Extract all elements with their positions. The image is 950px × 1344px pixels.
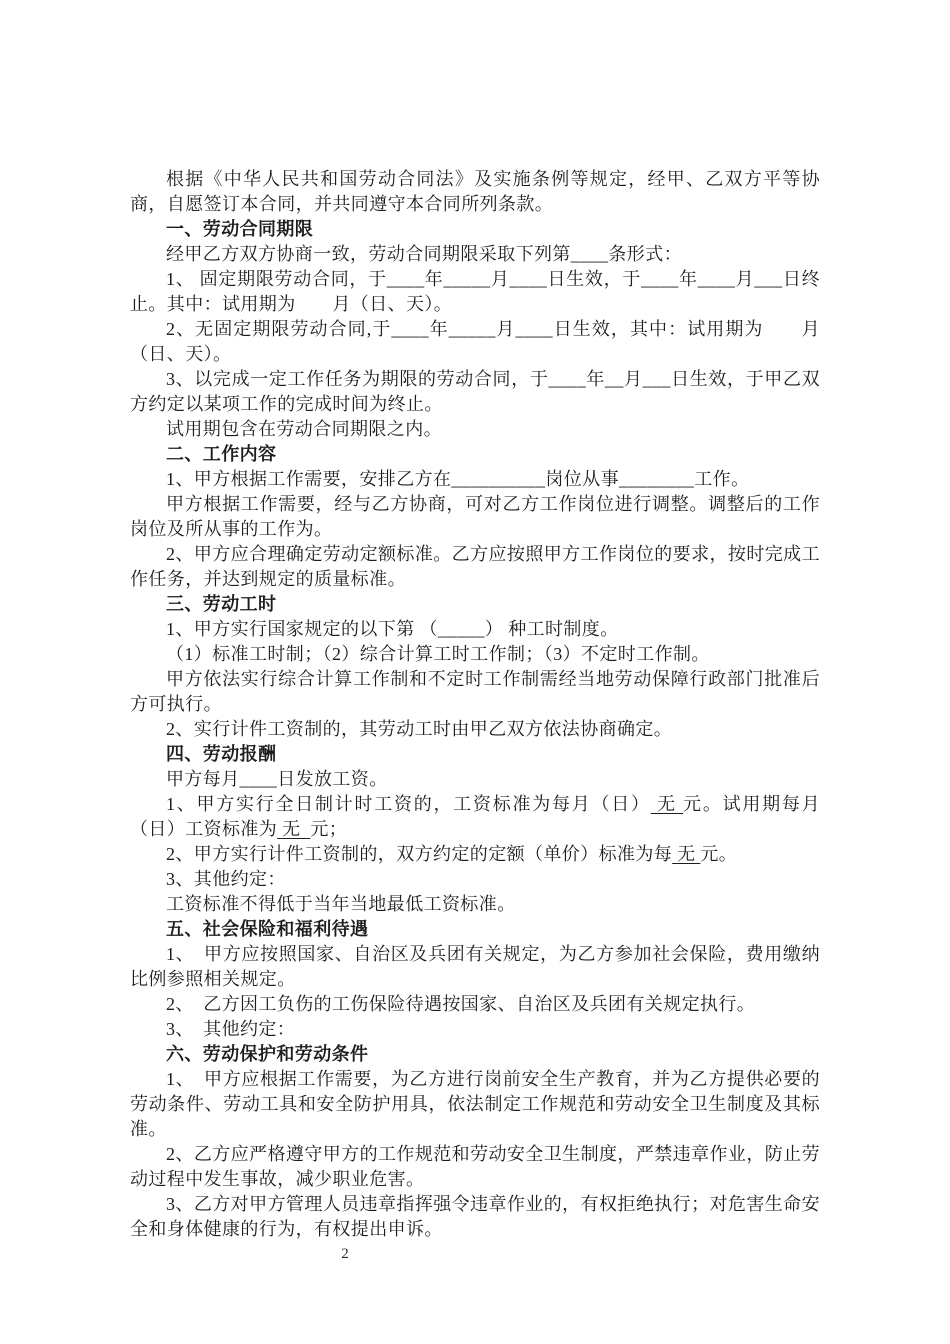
text-run: 元。 <box>700 844 737 864</box>
text-run: 二、工作内容 <box>166 444 276 464</box>
section-heading: 三、劳动工时 <box>130 592 820 617</box>
paragraph: 1、甲方实行全日制计时工资的，工资标准为每月（日） 无 元。试用期每月（日）工资… <box>130 792 820 842</box>
paragraph: 甲方每月____日发放工资。 <box>130 767 820 792</box>
text-run: 甲方依法实行综合计算工作制和不定时工作制需经当地劳动保障行政部门批准后方可执行。 <box>130 669 820 714</box>
text-run: 1、 甲方应按照国家、自治区及兵团有关规定，为乙方参加社会保险，费用缴纳比例参照… <box>130 944 820 989</box>
paragraph: 1、 甲方应根据工作需要，为乙方进行岗前安全生产教育，并为乙方提供必要的劳动条件… <box>130 1067 820 1142</box>
text-run: 2、甲方应合理确定劳动定额标准。乙方应按照甲方工作岗位的要求，按时完成工作任务，… <box>130 544 820 589</box>
text-run: 1、甲方实行国家规定的以下第 （_____） 种工时制度。 <box>166 619 619 639</box>
text-run: 一、劳动合同期限 <box>166 219 313 239</box>
text-run: 2、乙方应严格遵守甲方的工作规范和劳动安全卫生制度，严禁违章作业，防止劳动过程中… <box>130 1144 820 1189</box>
paragraph: 1、甲方根据工作需要，安排乙方在__________岗位从事________工作… <box>130 467 820 492</box>
paragraph: 2、 乙方因工负伤的工伤保险待遇按国家、自治区及兵团有关规定执行。 <box>130 992 820 1017</box>
text-run: 1、 固定期限劳动合同，于____年_____月____日生效，于____年__… <box>130 269 820 314</box>
text-run: 3、乙方对甲方管理人员违章指挥强令违章作业的，有权拒绝执行；对危害生命安全和身体… <box>130 1194 820 1239</box>
text-run: 2、 乙方因工负伤的工伤保险待遇按国家、自治区及兵团有关规定执行。 <box>166 994 755 1014</box>
text-run: 六、劳动保护和劳动条件 <box>166 1044 368 1064</box>
text-run: 3、 其他约定： <box>166 1019 295 1039</box>
text-run: 2、实行计件工资制的，其劳动工时由甲乙双方依法协商确定。 <box>166 719 672 739</box>
paragraph: 甲方根据工作需要，经与乙方协商，可对乙方工作岗位进行调整。调整后的工作岗位及所从… <box>130 492 820 542</box>
paragraph: 1、 固定期限劳动合同，于____年_____月____日生效，于____年__… <box>130 267 820 317</box>
paragraph: 3、乙方对甲方管理人员违章指挥强令违章作业的，有权拒绝执行；对危害生命安全和身体… <box>130 1192 820 1242</box>
text-run: 甲方每月____日发放工资。 <box>166 769 388 789</box>
paragraph: 1、甲方实行国家规定的以下第 （_____） 种工时制度。 <box>130 617 820 642</box>
text-run: （1）标准工时制；（2）综合计算工时工作制；（3）不定时工作制。 <box>166 644 710 664</box>
text-run: 试用期包含在劳动合同期限之内。 <box>166 419 442 439</box>
document-body: 根据《中华人民共和国劳动合同法》及实施条例等规定，经甲、乙双方平等协商，自愿签订… <box>130 167 820 1242</box>
paragraph: 工资标准不得低于当年当地最低工资标准。 <box>130 892 820 917</box>
paragraph: 1、 甲方应按照国家、自治区及兵团有关规定，为乙方参加社会保险，费用缴纳比例参照… <box>130 942 820 992</box>
text-run: 五、社会保险和福利待遇 <box>166 919 368 939</box>
text-run: 工资标准不得低于当年当地最低工资标准。 <box>166 894 516 914</box>
filled-blank: 无 <box>651 794 683 814</box>
paragraph: 试用期包含在劳动合同期限之内。 <box>130 417 820 442</box>
paragraph: 3、其他约定： <box>130 867 820 892</box>
paragraph: 甲方依法实行综合计算工作制和不定时工作制需经当地劳动保障行政部门批准后方可执行。 <box>130 667 820 717</box>
page-number: 2 <box>333 1246 357 1263</box>
text-run: 1、 甲方应根据工作需要，为乙方进行岗前安全生产教育，并为乙方提供必要的劳动条件… <box>130 1069 820 1139</box>
section-heading: 五、社会保险和福利待遇 <box>130 917 820 942</box>
paragraph: 2、实行计件工资制的，其劳动工时由甲乙双方依法协商确定。 <box>130 717 820 742</box>
paragraph: 2、乙方应严格遵守甲方的工作规范和劳动安全卫生制度，严禁违章作业，防止劳动过程中… <box>130 1142 820 1192</box>
text-run: 2、甲方实行计件工资制的，双方约定的定额（单价）标准为每 <box>166 844 672 864</box>
filled-blank: 无 <box>672 844 700 864</box>
section-heading: 二、工作内容 <box>130 442 820 467</box>
paragraph: 根据《中华人民共和国劳动合同法》及实施条例等规定，经甲、乙双方平等协商，自愿签订… <box>130 167 820 217</box>
text-run: 四、劳动报酬 <box>166 744 276 764</box>
text-run: 甲方根据工作需要，经与乙方协商，可对乙方工作岗位进行调整。调整后的工作岗位及所从… <box>130 494 820 539</box>
text-run: 三、劳动工时 <box>166 594 276 614</box>
paragraph: 2、无固定期限劳动合同,于____年_____月____日生效，其中：试用期为 … <box>130 317 820 367</box>
paragraph: 2、甲方应合理确定劳动定额标准。乙方应按照甲方工作岗位的要求，按时完成工作任务，… <box>130 542 820 592</box>
text-run: 1、甲方根据工作需要，安排乙方在__________岗位从事________工作… <box>166 469 749 489</box>
text-run: 经甲乙方双方协商一致，劳动合同期限采取下列第____条形式： <box>166 244 682 264</box>
text-run: 1、甲方实行全日制计时工资的，工资标准为每月（日） <box>166 794 651 814</box>
paragraph: 2、甲方实行计件工资制的，双方约定的定额（单价）标准为每 无 元。 <box>130 842 820 867</box>
paragraph: 经甲乙方双方协商一致，劳动合同期限采取下列第____条形式： <box>130 242 820 267</box>
paragraph: 3、 其他约定： <box>130 1017 820 1042</box>
text-run: 2、无固定期限劳动合同,于____年_____月____日生效，其中：试用期为 … <box>130 319 820 364</box>
text-run: 3、其他约定： <box>166 869 286 889</box>
section-heading: 一、劳动合同期限 <box>130 217 820 242</box>
text-run: 3、以完成一定工作任务为期限的劳动合同，于____年__月___日生效，于甲乙双… <box>130 369 820 414</box>
paragraph: 3、以完成一定工作任务为期限的劳动合同，于____年__月___日生效，于甲乙双… <box>130 367 820 417</box>
section-heading: 四、劳动报酬 <box>130 742 820 767</box>
text-run: 元； <box>310 819 347 839</box>
section-heading: 六、劳动保护和劳动条件 <box>130 1042 820 1067</box>
text-run: 根据《中华人民共和国劳动合同法》及实施条例等规定，经甲、乙双方平等协商，自愿签订… <box>130 169 820 214</box>
filled-blank: 无 <box>277 819 310 839</box>
paragraph: （1）标准工时制；（2）综合计算工时工作制；（3）不定时工作制。 <box>130 642 820 667</box>
